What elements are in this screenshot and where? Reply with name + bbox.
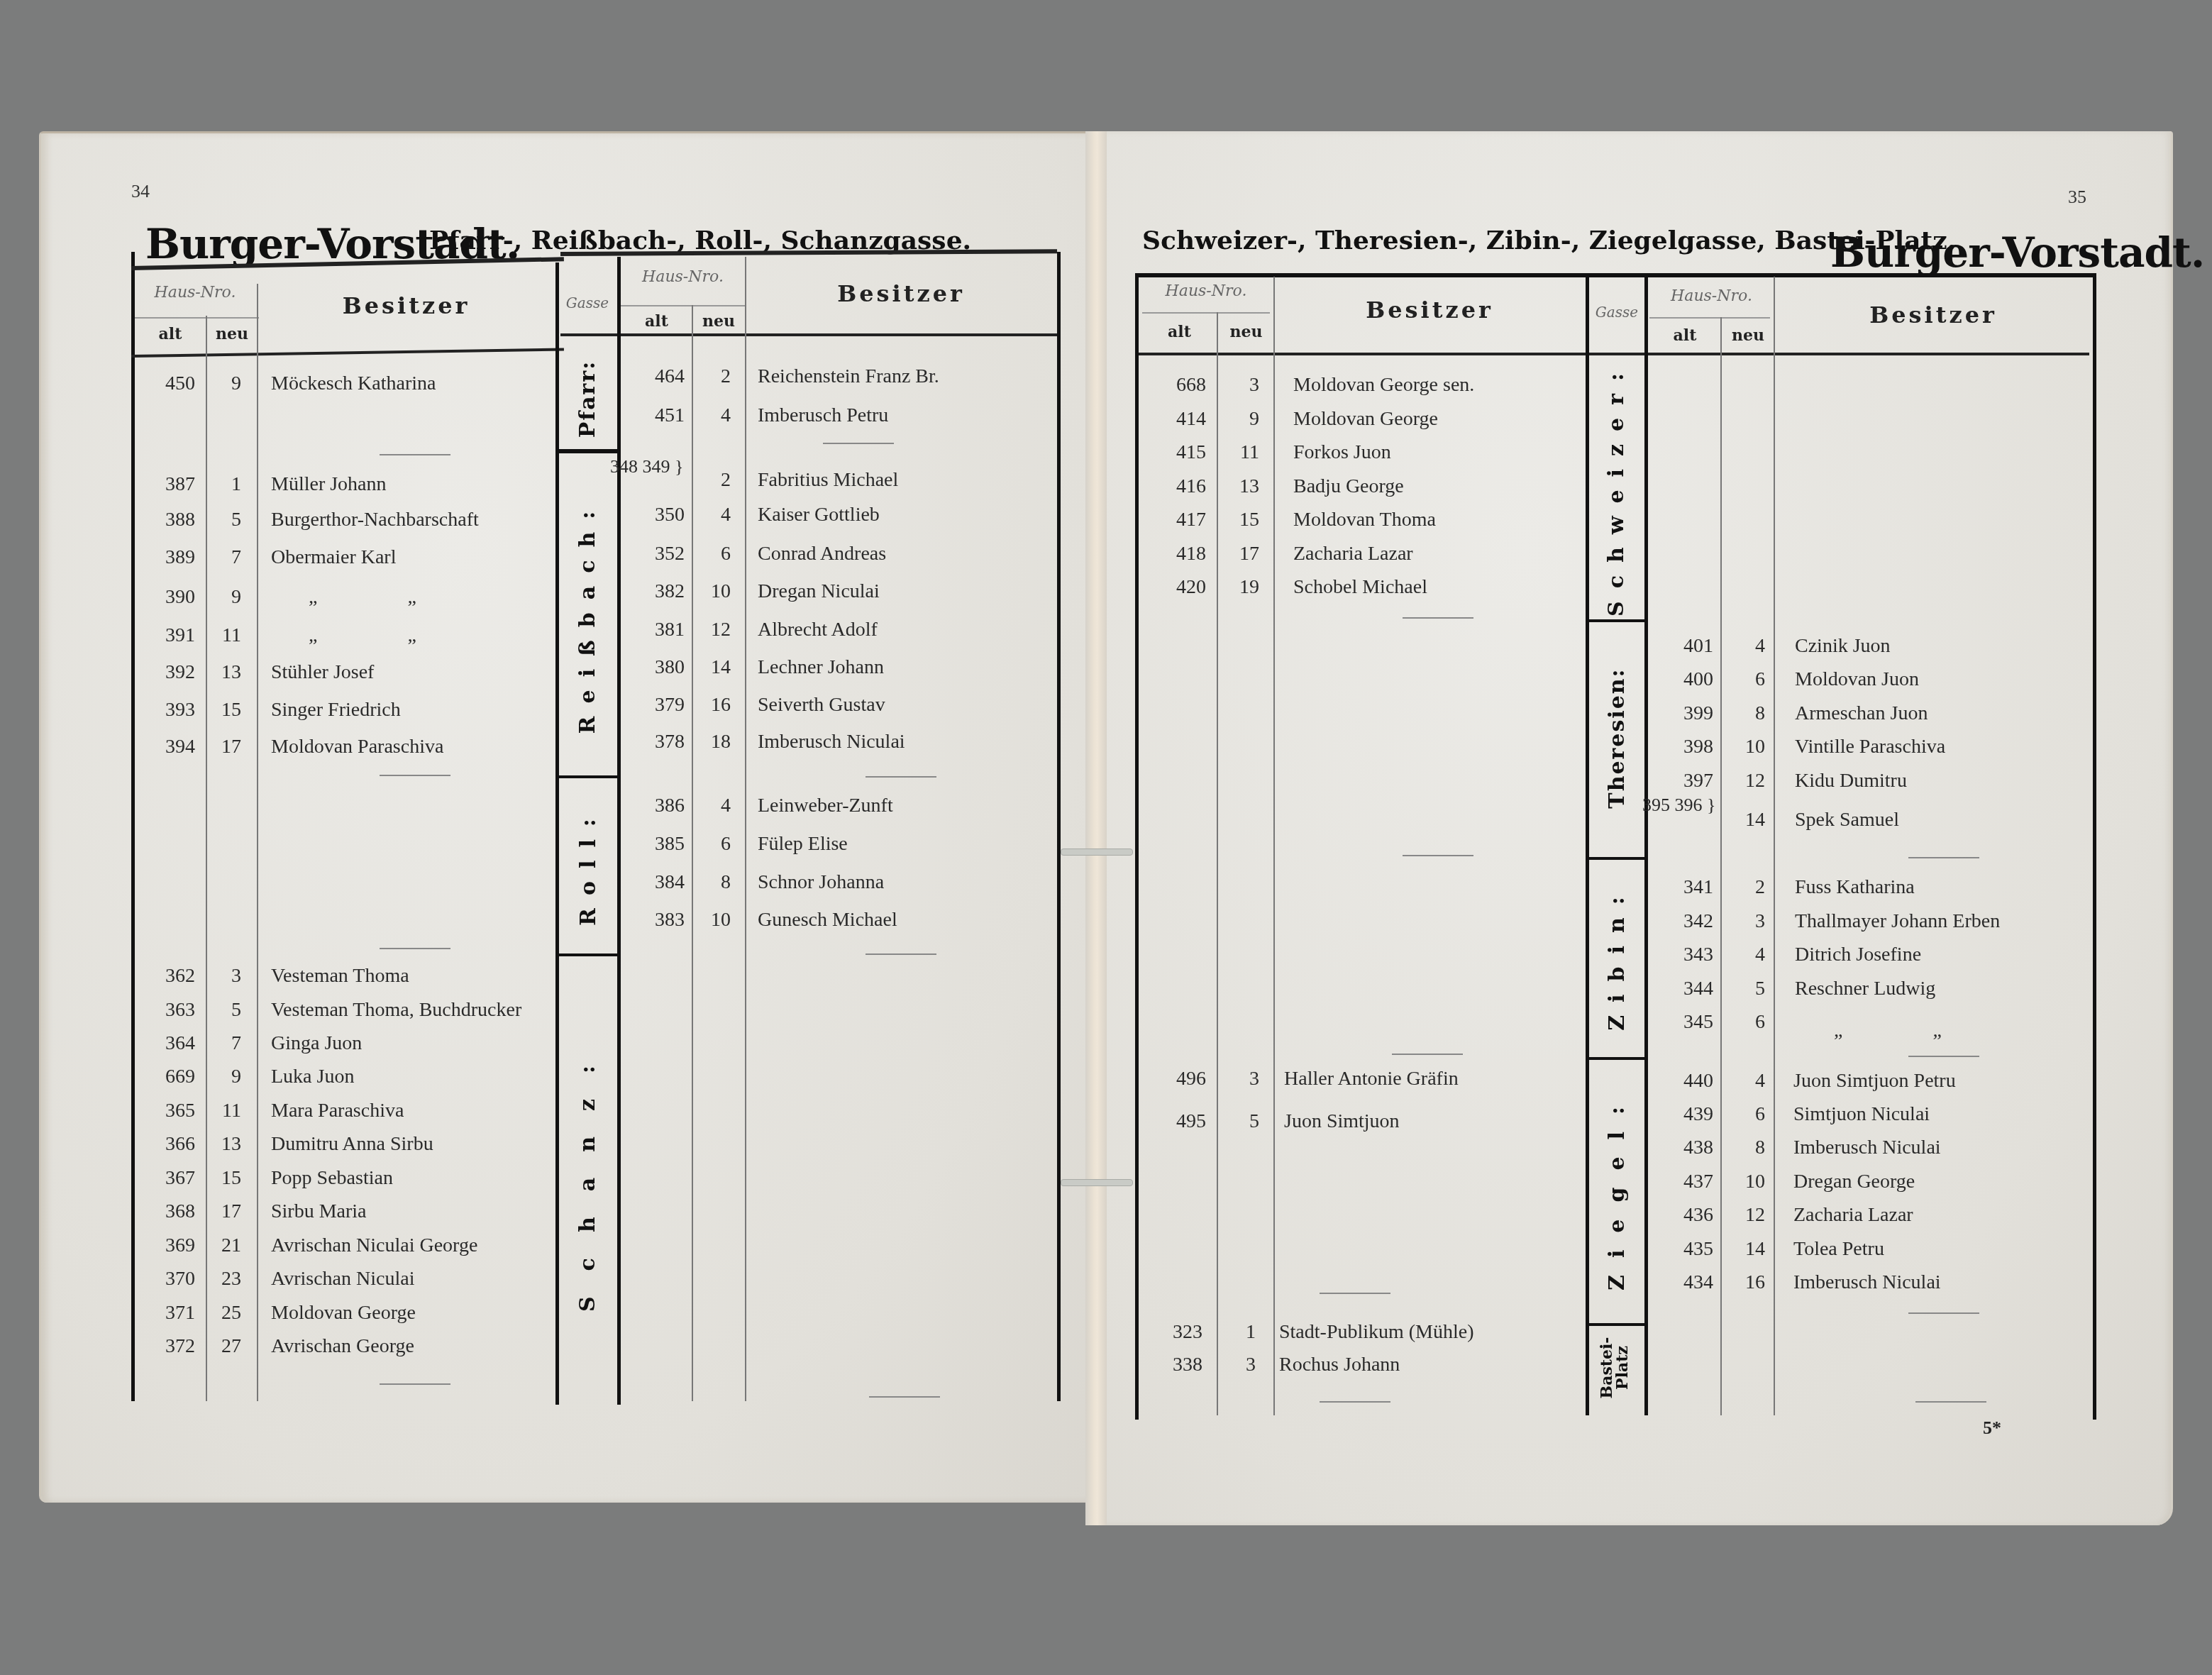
alt-number: 390: [128, 586, 195, 609]
gasse-label-pfarr: Pfarr:: [559, 348, 617, 453]
alt-number: 397: [1646, 770, 1713, 792]
header-haus-nro: Haus-Nro.: [1142, 282, 1270, 300]
neu-number: 2: [1726, 876, 1765, 899]
gasse-divider: [617, 257, 621, 1405]
owner-name: Imberusch Niculai: [758, 731, 905, 753]
neu-number: 14: [692, 656, 731, 679]
neu-number: 11: [202, 624, 241, 647]
owner-name: Juon Simtjuon: [1284, 1110, 1400, 1133]
neu-number: 13: [202, 1133, 241, 1156]
alt-number: 389: [128, 546, 195, 569]
alt-number: 400: [1646, 668, 1713, 691]
owner-name: Leinweber-Zunft: [758, 795, 893, 817]
owner-name: Popp Sebastian: [271, 1167, 393, 1190]
book-spine: [1085, 131, 1107, 1525]
alt-number: 434: [1646, 1271, 1713, 1294]
alt-number: 338: [1135, 1354, 1202, 1376]
neu-number: 15: [202, 699, 241, 722]
neu-number: 4: [692, 504, 731, 526]
subheader-rule: [1649, 317, 1770, 319]
alt-number: 669: [128, 1066, 195, 1088]
neu-number: 6: [1726, 1103, 1765, 1126]
gasse-label-text: Schweizer:: [1605, 360, 1630, 616]
alt-number: 496: [1139, 1068, 1206, 1090]
header-besitzer: Besitzer: [748, 280, 1054, 307]
alt-number-range: 348 349 }: [610, 458, 681, 476]
neu-number: 18: [692, 731, 731, 753]
ditto-mark: „ „: [1834, 1019, 1984, 1042]
neu-number: 3: [1220, 1068, 1259, 1090]
gasse-label-text: Roll:: [576, 806, 601, 926]
owner-name: Singer Friedrich: [271, 699, 401, 722]
neu-number: 16: [692, 694, 731, 717]
header-besitzer: Besitzer: [1277, 297, 1582, 324]
column-divider: [1774, 277, 1775, 1415]
neu-number: 5: [1726, 978, 1765, 1000]
alt-number: 348 349: [610, 456, 670, 477]
neu-number: 6: [692, 833, 731, 856]
alt-number: 370: [128, 1268, 195, 1290]
owner-name: Dumitru Anna Sirbu: [271, 1133, 433, 1156]
neu-number: 6: [1726, 668, 1765, 691]
alt-number: 394: [128, 736, 195, 758]
alt-number: 388: [128, 509, 195, 531]
header-besitzer: Besitzer: [259, 292, 553, 319]
neu-number: 9: [202, 586, 241, 609]
alt-number: 367: [128, 1167, 195, 1190]
alt-number: 417: [1139, 509, 1206, 531]
owner-name: Kidu Dumitru: [1795, 770, 1907, 792]
owner-name: Moldovan Thoma: [1293, 509, 1436, 531]
owner-name: Luka Juon: [271, 1066, 354, 1088]
owner-name: Albrecht Adolf: [758, 619, 878, 641]
owner-name: Obermaier Karl: [271, 546, 396, 569]
neu-number: 8: [1726, 1137, 1765, 1159]
alt-number: 383: [617, 909, 685, 932]
gasse-label-schanz: Schanz:: [559, 951, 617, 1401]
owner-name: Imberusch Niculai: [1793, 1137, 1941, 1159]
header-neu: neu: [207, 325, 257, 343]
alt-number: 451: [617, 404, 685, 427]
owner-name: Zacharia Lazar: [1793, 1204, 1913, 1227]
neu-number: 11: [202, 1100, 241, 1122]
alt-number: 342: [1646, 910, 1713, 933]
header-alt: alt: [138, 325, 202, 343]
alt-number: 435: [1646, 1238, 1713, 1261]
alt-number: 363: [128, 999, 195, 1022]
gasse-label-theresien: Theresien:: [1589, 619, 1644, 860]
alt-number: 364: [128, 1032, 195, 1055]
owner-name: Thallmayer Johann Erben: [1795, 910, 2000, 933]
owner-name: Moldovan George: [271, 1302, 416, 1325]
neu-number: 13: [202, 661, 241, 684]
header-gasse: Gasse: [559, 294, 616, 311]
owner-name: Avrischan Niculai: [271, 1268, 414, 1290]
section-separator: [866, 953, 936, 955]
gasse-label-text: Schanz:: [576, 1040, 601, 1312]
header-rule: [560, 333, 1057, 336]
owner-name: Avrischan George: [271, 1335, 414, 1358]
owner-name: Mara Paraschiva: [271, 1100, 404, 1122]
section-separator: [1908, 1312, 1979, 1314]
owner-name: Moldovan George: [1293, 408, 1438, 431]
section-separator: [1915, 1401, 1986, 1403]
neu-number: 7: [202, 1032, 241, 1055]
header-alt: alt: [623, 312, 690, 331]
alt-number: 450: [128, 372, 195, 395]
section-separator: [823, 443, 894, 444]
header-alt: alt: [1649, 326, 1720, 345]
alt-number: 371: [128, 1302, 195, 1325]
section-separator: [1320, 1293, 1390, 1294]
neu-number: 6: [692, 543, 731, 565]
neu-number: 19: [1220, 576, 1259, 599]
alt-number: 378: [617, 731, 685, 753]
owner-name: Stühler Josef: [271, 661, 374, 684]
neu-number: 2: [692, 469, 731, 492]
neu-number: 8: [1726, 702, 1765, 725]
alt-number: 440: [1646, 1070, 1713, 1093]
neu-number: 12: [1726, 770, 1765, 792]
alt-number: 381: [617, 619, 685, 641]
section-separator: [1403, 617, 1473, 619]
alt-number: 391: [128, 624, 195, 647]
owner-name: Zacharia Lazar: [1293, 543, 1413, 565]
alt-number: 369: [128, 1234, 195, 1257]
owner-name: Vesteman Thoma: [271, 965, 409, 988]
neu-number: 15: [202, 1167, 241, 1190]
gasse-label-bastei-platz: Bastei-Platz: [1586, 1323, 1644, 1412]
owner-name: Dregan Niculai: [758, 580, 880, 603]
gasse-label-text: Theresien:: [1605, 668, 1630, 808]
alt-number: 668: [1139, 374, 1206, 397]
owner-name: Reichenstein Franz Br.: [758, 365, 939, 388]
header-haus-nro: Haus-Nro.: [621, 268, 745, 286]
column-divider: [745, 257, 746, 1401]
header-neu: neu: [1722, 326, 1774, 345]
owner-name: Ginga Juon: [271, 1032, 362, 1055]
neu-number: 8: [692, 871, 731, 894]
section-separator: [380, 1383, 450, 1385]
alt-number: 395 396: [1642, 795, 1703, 815]
header-alt: alt: [1142, 323, 1217, 341]
neu-number: 9: [202, 1066, 241, 1088]
neu-number: 3: [1726, 910, 1765, 933]
owner-name: Conrad Andreas: [758, 543, 886, 565]
alt-number: 392: [128, 661, 195, 684]
neu-number: 4: [1726, 1070, 1765, 1093]
section-separator: [380, 454, 450, 455]
section-separator: [380, 948, 450, 949]
neu-number: 5: [202, 509, 241, 531]
alt-number: 387: [128, 473, 195, 496]
owner-name: Schnor Johanna: [758, 871, 884, 894]
neu-number: 17: [1220, 543, 1259, 565]
owner-name: Fülep Elise: [758, 833, 848, 856]
owner-name: Lechner Johann: [758, 656, 884, 679]
column-divider: [1273, 277, 1275, 1415]
alt-number: 439: [1646, 1103, 1713, 1126]
alt-number: 415: [1139, 441, 1206, 464]
neu-number: 3: [202, 965, 241, 988]
alt-number: 495: [1139, 1110, 1206, 1133]
section-separator: [1908, 1056, 1979, 1057]
alt-number-range: 395 396 }: [1642, 796, 1713, 814]
neu-number: 10: [692, 580, 731, 603]
alt-number: 341: [1646, 876, 1713, 899]
alt-number: 398: [1646, 736, 1713, 758]
neu-number: 17: [202, 1200, 241, 1223]
gasse-label-text: Ziegel:: [1605, 1090, 1630, 1290]
owner-name: Fuss Katharina: [1795, 876, 1915, 899]
header-haus-nro: Haus-Nro.: [1649, 287, 1774, 305]
subheader-rule: [135, 317, 259, 319]
owner-name: Moldovan Juon: [1795, 668, 1919, 691]
neu-number: 10: [1726, 1171, 1765, 1193]
neu-number: 10: [1726, 736, 1765, 758]
header-rule: [1139, 353, 2089, 355]
alt-number: 464: [617, 365, 685, 388]
neu-number: 21: [202, 1234, 241, 1257]
gasse-label-roll: Roll:: [559, 775, 617, 956]
owner-name: Sirbu Maria: [271, 1200, 367, 1223]
alt-number: 436: [1646, 1204, 1713, 1227]
alt-number: 350: [617, 504, 685, 526]
gasse-label-text: Pfarr:: [576, 360, 601, 438]
owner-name: Forkos Juon: [1293, 441, 1391, 464]
neu-number: 5: [202, 999, 241, 1022]
section-separator: [1908, 857, 1979, 858]
gasse-label-text: Zibin:: [1605, 884, 1630, 1031]
alt-number: 384: [617, 871, 685, 894]
section-separator: [1392, 1054, 1463, 1055]
owner-name: Imberusch Niculai: [1793, 1271, 1941, 1294]
alt-number: 379: [617, 694, 685, 717]
owner-name: Moldovan George sen.: [1293, 374, 1474, 397]
neu-number: 15: [1220, 509, 1259, 531]
neu-number: 12: [692, 619, 731, 641]
neu-number: 9: [202, 372, 241, 395]
ditto-mark: „ „: [309, 586, 459, 609]
neu-number: 7: [202, 546, 241, 569]
alt-number: 382: [617, 580, 685, 603]
header-neu: neu: [693, 312, 744, 331]
header-haus-nro: Haus-Nro.: [135, 284, 255, 302]
column-divider: [1217, 312, 1218, 1415]
neu-number: 9: [1220, 408, 1259, 431]
gasse-label-text: Reißbach:: [576, 498, 601, 734]
neu-number: 17: [202, 736, 241, 758]
gasse-label-reissbach: Reißbach:: [559, 449, 617, 780]
alt-number: 416: [1139, 475, 1206, 498]
neu-number: 1: [202, 473, 241, 496]
owner-name: Fabritius Michael: [758, 469, 898, 492]
owner-name: Vintille Paraschiva: [1795, 736, 1945, 758]
alt-number: 414: [1139, 408, 1206, 431]
owner-name: Imberusch Petru: [758, 404, 888, 427]
page-title: Burger-Vorstadt.: [1830, 228, 2204, 277]
section-separator: [869, 1396, 940, 1398]
owner-name: Rochus Johann: [1279, 1354, 1400, 1376]
alt-number: 323: [1135, 1321, 1202, 1344]
page-number: 35: [2068, 187, 2086, 208]
neu-number: 5: [1220, 1110, 1259, 1133]
column-divider: [1720, 317, 1722, 1415]
neu-number: 4: [1726, 635, 1765, 658]
neu-number: 3: [1220, 374, 1259, 397]
alt-number: 352: [617, 543, 685, 565]
section-separator: [866, 776, 936, 778]
neu-number: 1: [1217, 1321, 1256, 1344]
neu-number: 10: [692, 909, 731, 932]
neu-number: 4: [692, 795, 731, 817]
binding-thread: [1061, 848, 1133, 856]
gasse-label-zibin: Zibin:: [1589, 857, 1644, 1060]
neu-number: 14: [1726, 809, 1765, 831]
alt-number: 420: [1139, 576, 1206, 599]
alt-number: 399: [1646, 702, 1713, 725]
owner-name: Burgerthor-Nachbarschaft: [271, 509, 479, 531]
section-separator: [1403, 855, 1473, 856]
alt-number: 438: [1646, 1137, 1713, 1159]
owner-name: Seiverth Gustav: [758, 694, 885, 717]
neu-number: 27: [202, 1335, 241, 1358]
header-neu: neu: [1219, 323, 1273, 341]
owner-name: Dregan George: [1793, 1171, 1915, 1193]
alt-number: 362: [128, 965, 195, 988]
gasse-label-text: Bastei-Platz: [1600, 1337, 1631, 1398]
signature-mark: 5*: [1983, 1417, 2001, 1439]
alt-number: 368: [128, 1200, 195, 1223]
owner-name: Kaiser Gottlieb: [758, 504, 880, 526]
owner-name: Armeschan Juon: [1795, 702, 1928, 725]
owner-name: Avrischan Niculai George: [271, 1234, 477, 1257]
owner-name: Reschner Ludwig: [1795, 978, 1935, 1000]
owner-name: Badju George: [1293, 475, 1404, 498]
neu-number: 2: [692, 365, 731, 388]
alt-number: 401: [1646, 635, 1713, 658]
alt-number: 393: [128, 699, 195, 722]
alt-number: 380: [617, 656, 685, 679]
neu-number: 25: [202, 1302, 241, 1325]
alt-number: 345: [1646, 1011, 1713, 1034]
owner-name: Möckesch Katharina: [271, 372, 436, 395]
owner-name: Ditrich Josefine: [1795, 944, 1921, 966]
owner-name: Müller Johann: [271, 473, 387, 496]
owner-name: Haller Antonie Gräfin: [1284, 1068, 1459, 1090]
neu-number: 16: [1726, 1271, 1765, 1294]
owner-name: Vesteman Thoma, Buchdrucker: [271, 999, 521, 1022]
alt-number: 386: [617, 795, 685, 817]
alt-number: 365: [128, 1100, 195, 1122]
gasse-label-ziegel: Ziegel:: [1589, 1057, 1644, 1326]
neu-number: 11: [1220, 441, 1259, 464]
section-separator: [380, 775, 450, 776]
neu-number: 3: [1217, 1354, 1256, 1376]
header-besitzer: Besitzer: [1777, 302, 2089, 328]
owner-name: Moldovan Paraschiva: [271, 736, 443, 758]
owner-name: Stadt-Publikum (Mühle): [1279, 1321, 1474, 1344]
gasse-label-schweizer: Schweizer:: [1589, 357, 1644, 622]
owner-name: Tolea Petru: [1793, 1238, 1884, 1261]
alt-number: 437: [1646, 1171, 1713, 1193]
alt-number: 366: [128, 1133, 195, 1156]
owner-name: Juon Simtjuon Petru: [1793, 1070, 1956, 1093]
section-separator: [1320, 1401, 1390, 1403]
alt-number: 418: [1139, 543, 1206, 565]
subheader-rule: [1142, 312, 1270, 314]
neu-number: 4: [1726, 944, 1765, 966]
neu-number: 23: [202, 1268, 241, 1290]
owner-name: Simtjuon Niculai: [1793, 1103, 1930, 1126]
owner-name: Spek Samuel: [1795, 809, 1899, 831]
neu-number: 13: [1220, 475, 1259, 498]
neu-number: 12: [1726, 1204, 1765, 1227]
ditto-mark: „ „: [309, 624, 459, 647]
neu-number: 4: [692, 404, 731, 427]
owner-name: Schobel Michael: [1293, 576, 1427, 599]
neu-number: 6: [1726, 1011, 1765, 1034]
neu-number: 14: [1726, 1238, 1765, 1261]
header-gasse: Gasse: [1589, 304, 1644, 321]
owner-name: Gunesch Michael: [758, 909, 897, 932]
alt-number: 385: [617, 833, 685, 856]
alt-number: 344: [1646, 978, 1713, 1000]
alt-number: 372: [128, 1335, 195, 1358]
subheader-rule: [621, 305, 745, 306]
column-divider: [257, 284, 258, 1401]
page-number: 34: [131, 181, 150, 202]
alt-number: 343: [1646, 944, 1713, 966]
binding-thread: [1061, 1179, 1133, 1186]
owner-name: Czinik Juon: [1795, 635, 1891, 658]
